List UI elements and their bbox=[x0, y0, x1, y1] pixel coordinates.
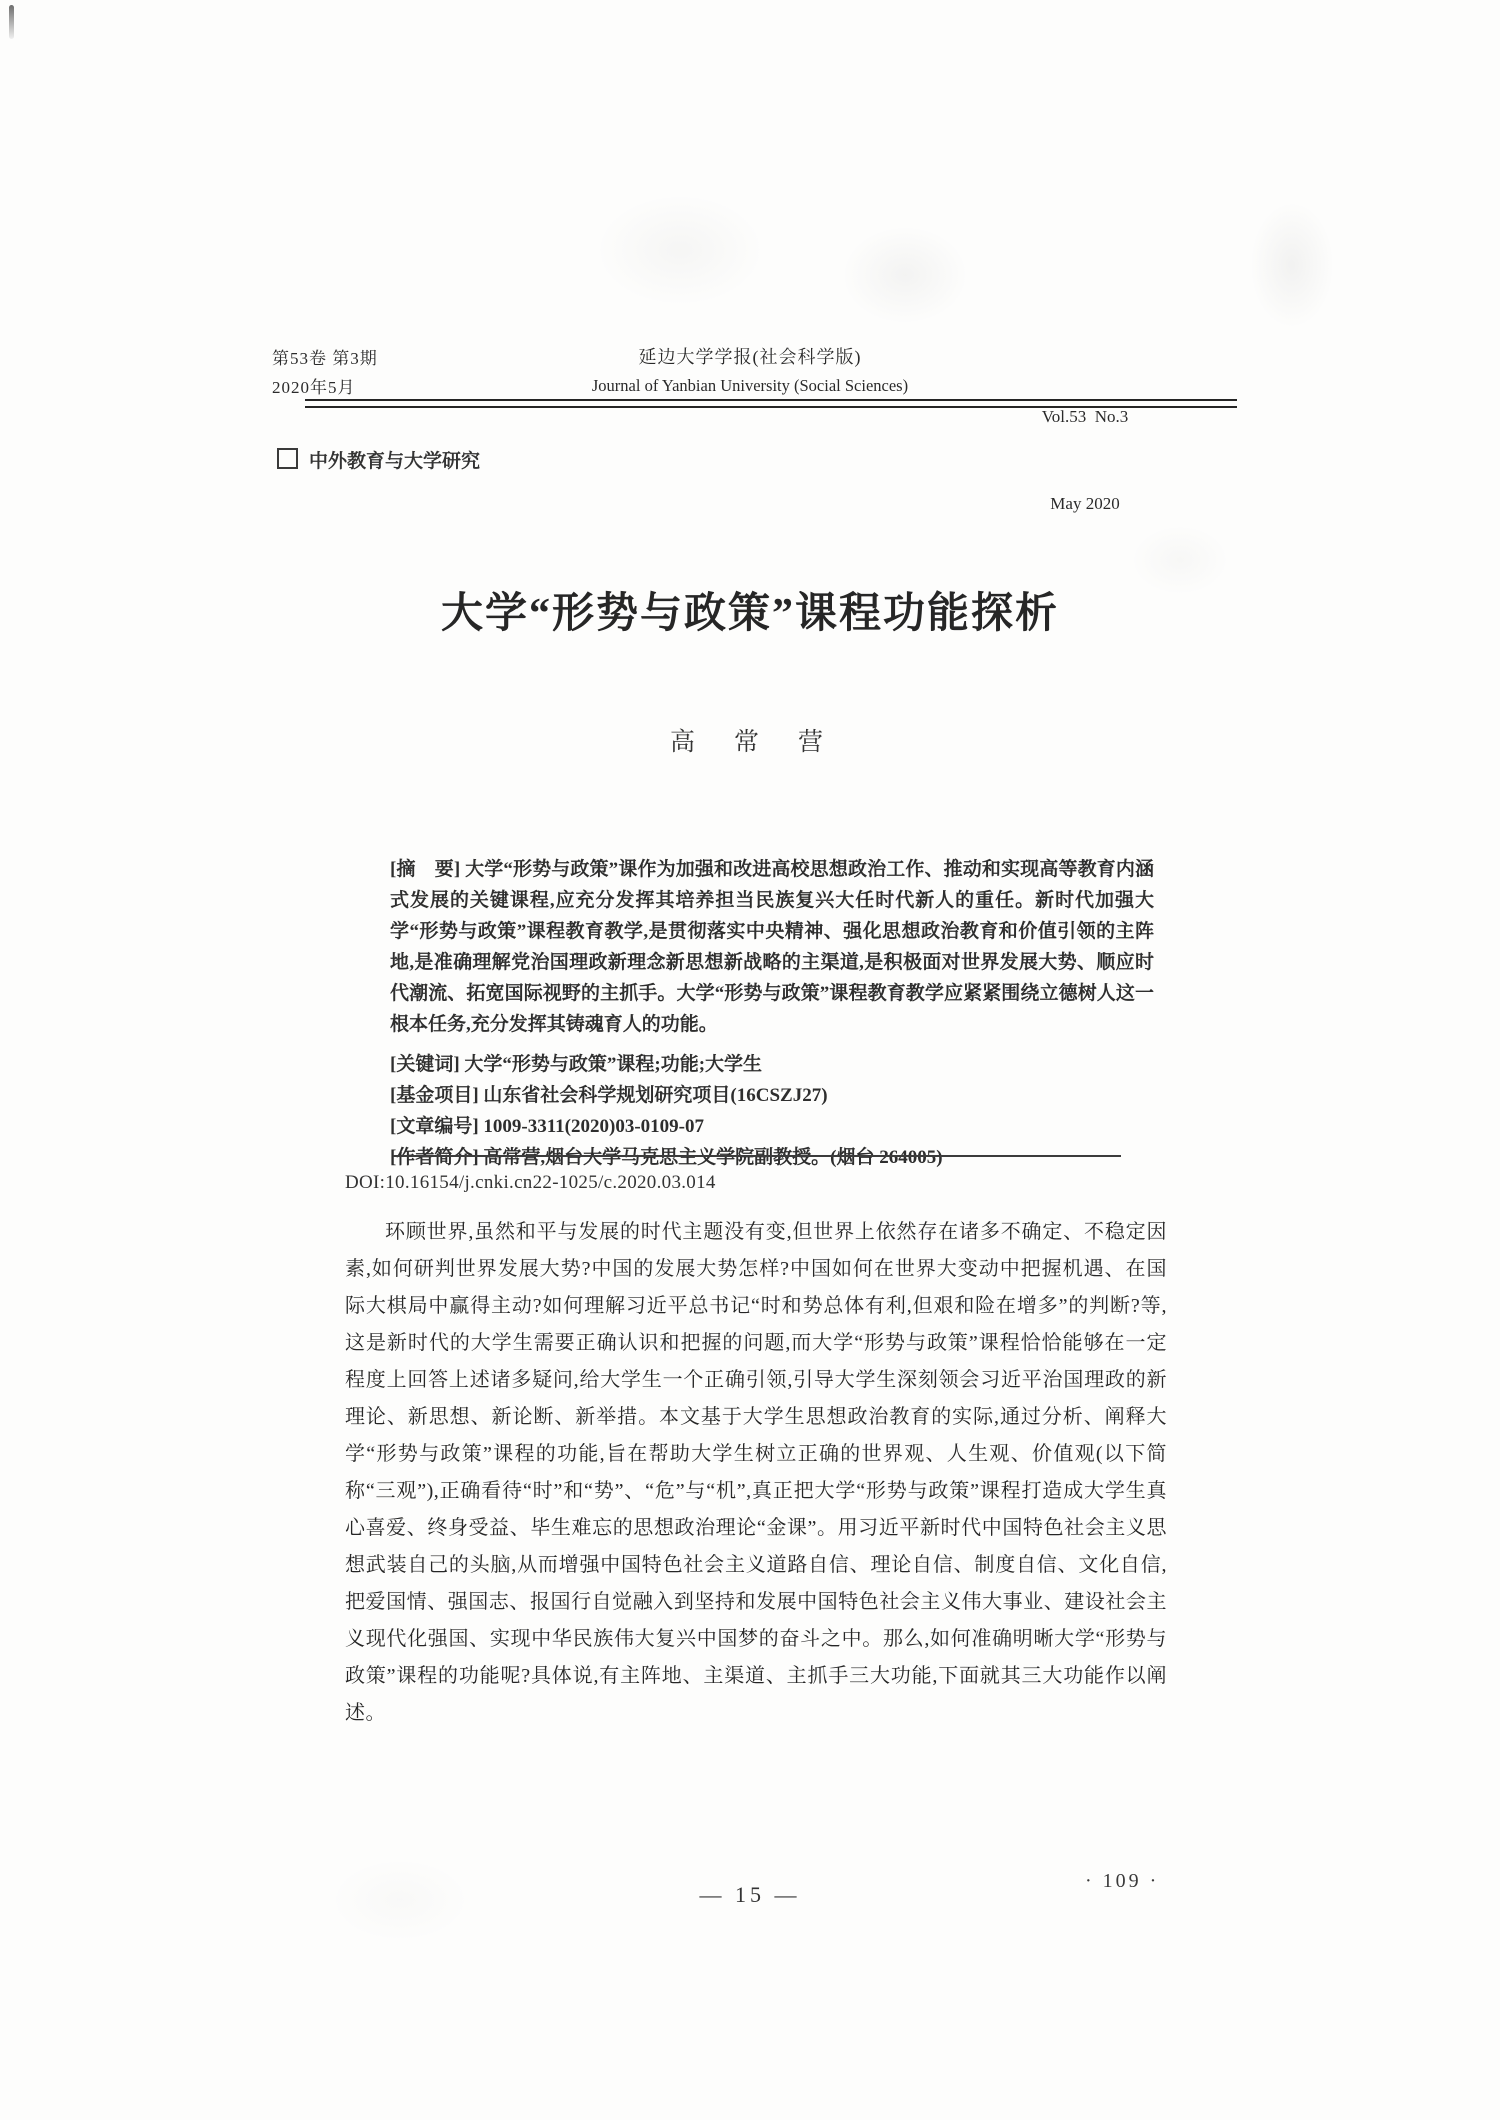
journal-title-cn: 延边大学学报(社会科学版) bbox=[0, 342, 1500, 372]
article-id-label: [文章编号] bbox=[390, 1116, 479, 1137]
abstract-block: [摘 要] 大学“形势与政策”课作为加强和改进高校思想政治工作、推动和实现高等教… bbox=[390, 854, 1154, 1173]
section-label-text: 中外教育与大学研究 bbox=[309, 451, 480, 472]
author-name: 高 常 营 bbox=[0, 722, 1500, 758]
section-label: 中外教育与大学研究 bbox=[277, 446, 480, 473]
journal-title-block: 延边大学学报(社会科学版) Journal of Yanbian Univers… bbox=[0, 342, 1500, 400]
keywords-label: [关键词] bbox=[390, 1054, 460, 1075]
author-bio-text: 高常营,烟台大学马克思主义学院副教授。(烟台 264005) bbox=[483, 1147, 942, 1168]
keywords-text: 大学“形势与政策”课程;功能;大学生 bbox=[464, 1054, 762, 1075]
abstract-label: [摘 要] bbox=[390, 859, 460, 880]
fund-line: [基金项目] 山东省社会科学规划研究项目(16CSZJ27) bbox=[390, 1080, 1154, 1111]
header-divider bbox=[305, 399, 1237, 408]
date-en: May 2020 bbox=[1000, 489, 1170, 518]
journal-page: 第53卷 第3期 2020年5月 延边大学学报(社会科学版) Journal o… bbox=[0, 0, 1500, 2120]
keywords-line: [关键词] 大学“形势与政策”课程;功能;大学生 bbox=[390, 1049, 1154, 1080]
abstract-paragraph: [摘 要] 大学“形势与政策”课作为加强和改进高校思想政治工作、推动和实现高等教… bbox=[390, 854, 1154, 1040]
footnote-divider bbox=[393, 1155, 1121, 1157]
fund-text: 山东省社会科学规划研究项目(16CSZJ27) bbox=[483, 1085, 827, 1106]
article-id-text: 1009-3311(2020)03-0109-07 bbox=[483, 1116, 704, 1137]
section-marker-icon bbox=[277, 448, 298, 469]
journal-title-en: Journal of Yanbian University (Social Sc… bbox=[0, 372, 1500, 400]
article-id-line: [文章编号] 1009-3311(2020)03-0109-07 bbox=[390, 1111, 1154, 1142]
author-bio-label: [作者简介] bbox=[390, 1147, 479, 1168]
abstract-text: 大学“形势与政策”课作为加强和改进高校思想政治工作、推动和实现高等教育内涵式发展… bbox=[390, 859, 1154, 1035]
fund-label: [基金项目] bbox=[390, 1085, 479, 1106]
article-title: 大学“形势与政策”课程功能探析 bbox=[0, 580, 1500, 640]
author-bio-line: [作者简介] 高常营,烟台大学马克思主义学院副教授。(烟台 264005) bbox=[390, 1142, 1154, 1173]
doi-line: DOI:10.16154/j.cnki.cn22-1025/c.2020.03.… bbox=[345, 1172, 716, 1194]
scan-artifact bbox=[9, 5, 14, 39]
volume-info-en: Vol.53 No.3 May 2020 bbox=[1000, 344, 1170, 576]
body-paragraph: 环顾世界,虽然和平与发展的时代主题没有变,但世界上依然存在诸多不确定、不稳定因素… bbox=[345, 1214, 1167, 1732]
scan-page-number: — 15 — bbox=[0, 1882, 1500, 1908]
